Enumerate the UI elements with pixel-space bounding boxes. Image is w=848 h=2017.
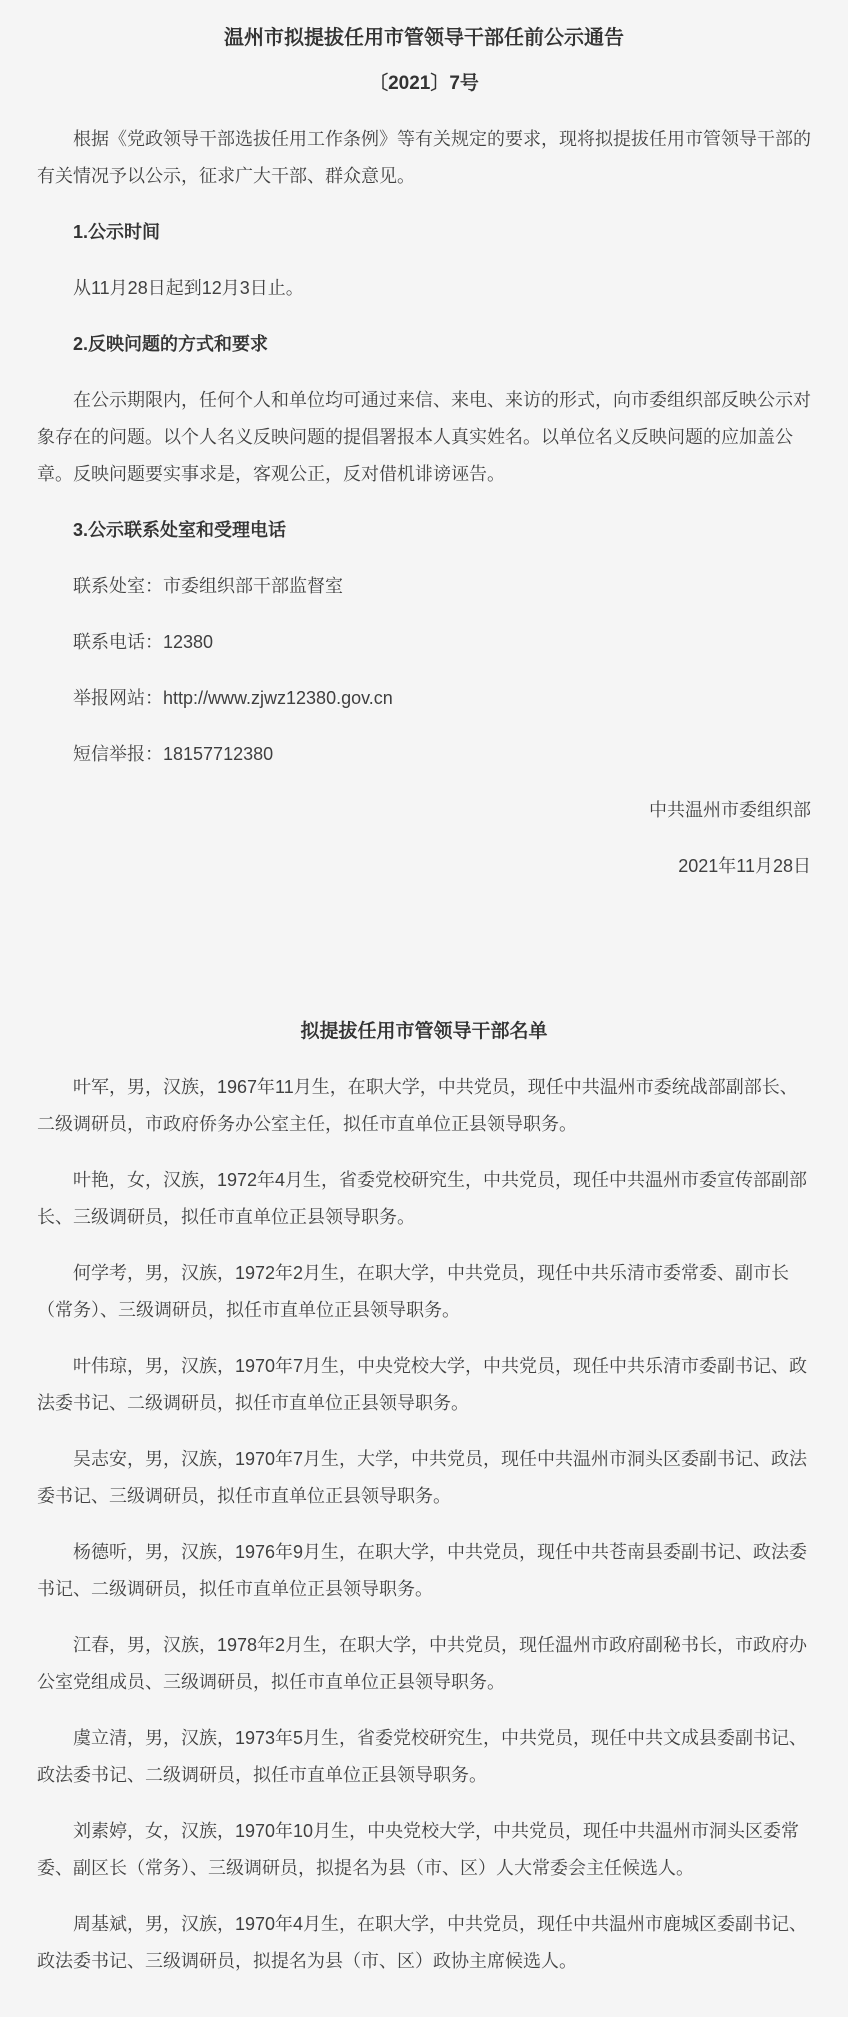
signature: 中共温州市委组织部 <box>37 792 811 829</box>
section-1-heading: 1.公示时间 <box>37 214 811 251</box>
notice-page: 温州市拟提拔任用市管领导干部任前公示通告 〔2021〕7号 根据《党政领导干部选… <box>0 0 848 2017</box>
list-item: 杨德听，男，汉族，1976年9月生，在职大学，中共党员，现任中共苍南县委副书记、… <box>37 1534 811 1608</box>
report-website-line: 举报网站：http://www.zjwz12380.gov.cn <box>37 680 811 717</box>
list-item: 叶艳，女，汉族，1972年4月生，省委党校研究生，中共党员，现任中共温州市委宣传… <box>37 1162 811 1236</box>
doc-title: 温州市拟提拔任用市管领导干部任前公示通告 <box>37 20 811 57</box>
list-item: 刘素婷，女，汉族，1970年10月生，中央党校大学，中共党员，现任中共温州市洞头… <box>37 1813 811 1887</box>
contact-phone-line: 联系电话：12380 <box>37 624 811 661</box>
list-item: 周基斌，男，汉族，1970年4月生，在职大学，中共党员，现任中共温州市鹿城区委副… <box>37 1906 811 1980</box>
list-item: 叶军，男，汉族，1967年11月生，在职大学，中共党员，现任中共温州市委统战部副… <box>37 1069 811 1143</box>
section-2-paragraph: 在公示期限内，任何个人和单位均可通过来信、来电、来访的形式，向市委组织部反映公示… <box>37 382 811 493</box>
list-item: 何学考，男，汉族，1972年2月生，在职大学，中共党员，现任中共乐清市委常委、副… <box>37 1255 811 1329</box>
sms-report-line: 短信举报：18157712380 <box>37 736 811 773</box>
list-item: 叶伟琼，男，汉族，1970年7月生，中央党校大学，中共党员，现任中共乐清市委副书… <box>37 1348 811 1422</box>
list-item: 江春，男，汉族，1978年2月生，在职大学，中共党员，现任温州市政府副秘书长，市… <box>37 1627 811 1701</box>
list-item: 虞立清，男，汉族，1973年5月生，省委党校研究生，中共党员，现任中共文成县委副… <box>37 1720 811 1794</box>
section-3-heading: 3.公示联系处室和受理电话 <box>37 512 811 549</box>
notice-date: 2021年11月28日 <box>37 848 811 885</box>
list-title: 拟提拔任用市管领导干部名单 <box>37 1013 811 1050</box>
doc-number: 〔2021〕7号 <box>37 65 811 102</box>
section-1-paragraph: 从11月28日起到12月3日止。 <box>37 270 811 307</box>
list-item: 吴志安，男，汉族，1970年7月生，大学，中共党员，现任中共温州市洞头区委副书记… <box>37 1441 811 1515</box>
contact-office-line: 联系处室：市委组织部干部监督室 <box>37 568 811 605</box>
section-2-heading: 2.反映问题的方式和要求 <box>37 326 811 363</box>
intro-paragraph: 根据《党政领导干部选拔任用工作条例》等有关规定的要求，现将拟提拔任用市管领导干部… <box>37 121 811 195</box>
